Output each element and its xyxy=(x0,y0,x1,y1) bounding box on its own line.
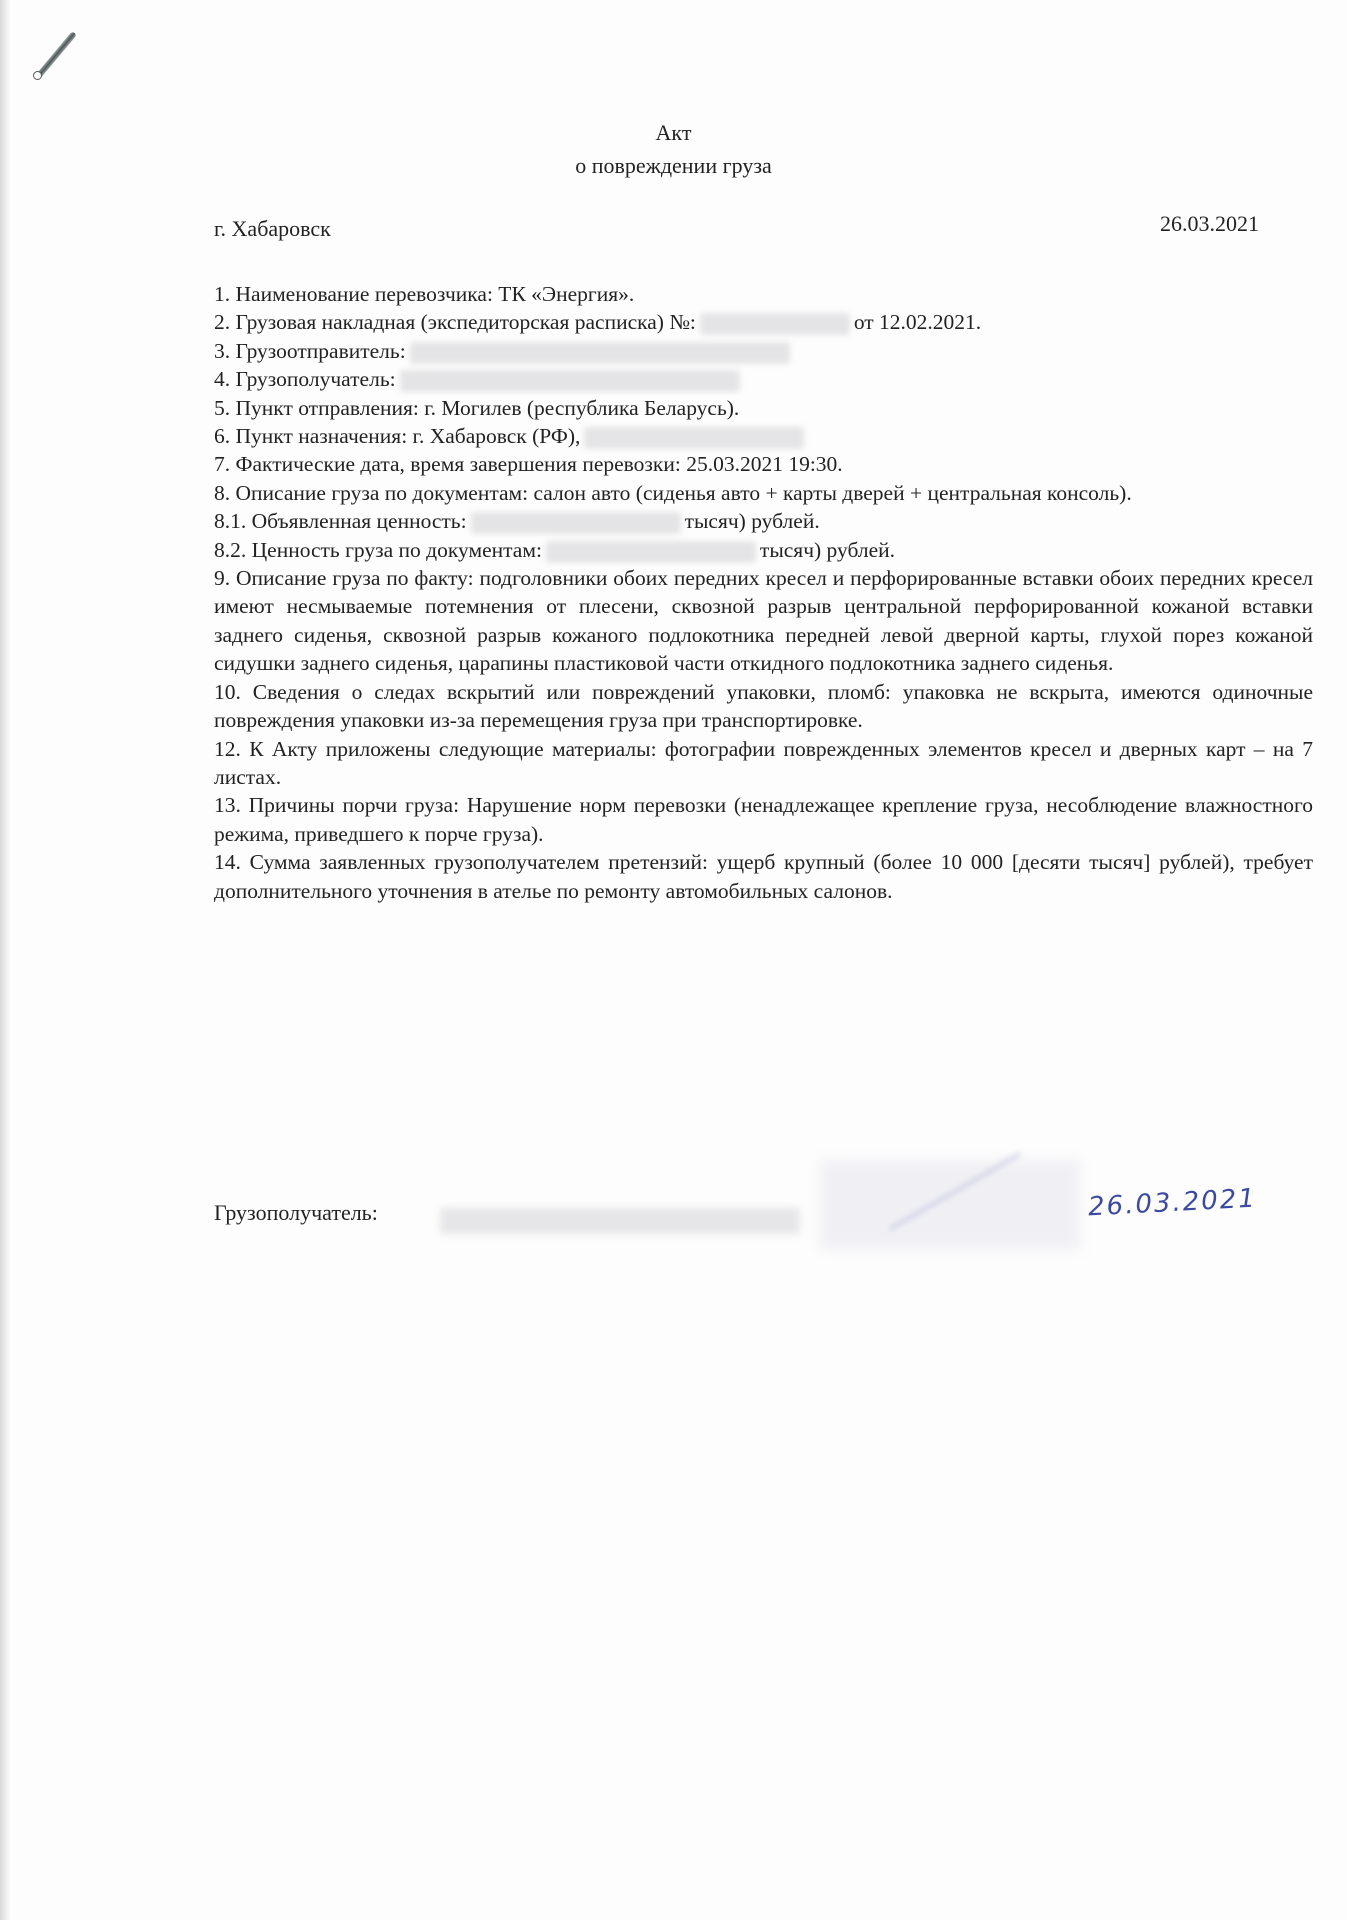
item-13: 13. Причины порчи груза: Нарушение норм … xyxy=(214,791,1313,848)
item-8-1: 8.1. Объявленная ценность:тысяч) рублей. xyxy=(214,507,1313,535)
item-2-date: от 12.02.2021. xyxy=(854,310,981,334)
item-10: 10. Сведения о следах вскрытий или повре… xyxy=(214,678,1313,735)
document-city: г. Хабаровск xyxy=(214,216,331,242)
item-8-1-suffix: тысяч) рублей. xyxy=(685,509,820,533)
document-body: 1. Наименование перевозчика: ТК «Энергия… xyxy=(214,280,1313,905)
signature-label: Грузополучатель: xyxy=(214,1200,378,1226)
document-date: 26.03.2021 xyxy=(1160,211,1259,237)
document-title: Акт xyxy=(0,120,1347,146)
staple-hole xyxy=(33,71,42,80)
item-6-label: 6. Пункт назначения: г. Хабаровск (РФ), xyxy=(214,424,580,448)
item-14: 14. Сумма заявленных грузополучателем пр… xyxy=(214,848,1313,905)
redacted-signer-name xyxy=(440,1208,800,1234)
item-8-2: 8.2. Ценность груза по документам:тысяч)… xyxy=(214,536,1313,564)
redacted-recipient-name xyxy=(400,370,740,392)
item-3-label: 3. Грузоотправитель: xyxy=(214,339,406,363)
redacted-waybill-number xyxy=(700,313,850,335)
item-4: 4. Грузополучатель: xyxy=(214,365,1313,393)
document-subtitle: о повреждении груза xyxy=(0,153,1347,179)
redacted-address xyxy=(584,427,804,449)
item-12: 12. К Акту приложены следующие материалы… xyxy=(214,735,1313,792)
item-8: 8. Описание груза по документам: салон а… xyxy=(214,479,1313,507)
item-8-2-suffix: тысяч) рублей. xyxy=(760,538,895,562)
redacted-signature xyxy=(820,1160,1080,1250)
item-5: 5. Пункт отправления: г. Могилев (респуб… xyxy=(214,394,1313,422)
redacted-sender-name xyxy=(410,342,790,364)
redacted-document-value xyxy=(546,541,756,563)
item-7: 7. Фактические дата, время завершения пе… xyxy=(214,450,1313,478)
handwritten-date: 26.03.2021 xyxy=(1087,1184,1257,1223)
item-2-label: 2. Грузовая накладная (экспедиторская ра… xyxy=(214,310,696,334)
item-1: 1. Наименование перевозчика: ТК «Энергия… xyxy=(214,280,1313,308)
scan-page-edge xyxy=(0,0,10,1920)
item-2: 2. Грузовая накладная (экспедиторская ра… xyxy=(214,308,1313,336)
item-9: 9. Описание груза по факту: подголовники… xyxy=(214,564,1313,678)
item-3: 3. Грузоотправитель: xyxy=(214,337,1313,365)
item-8-1-label: 8.1. Объявленная ценность: xyxy=(214,509,467,533)
redacted-declared-value xyxy=(471,512,681,534)
item-6: 6. Пункт назначения: г. Хабаровск (РФ), xyxy=(214,422,1313,450)
item-8-2-label: 8.2. Ценность груза по документам: xyxy=(214,538,542,562)
item-4-label: 4. Грузополучатель: xyxy=(214,367,396,391)
